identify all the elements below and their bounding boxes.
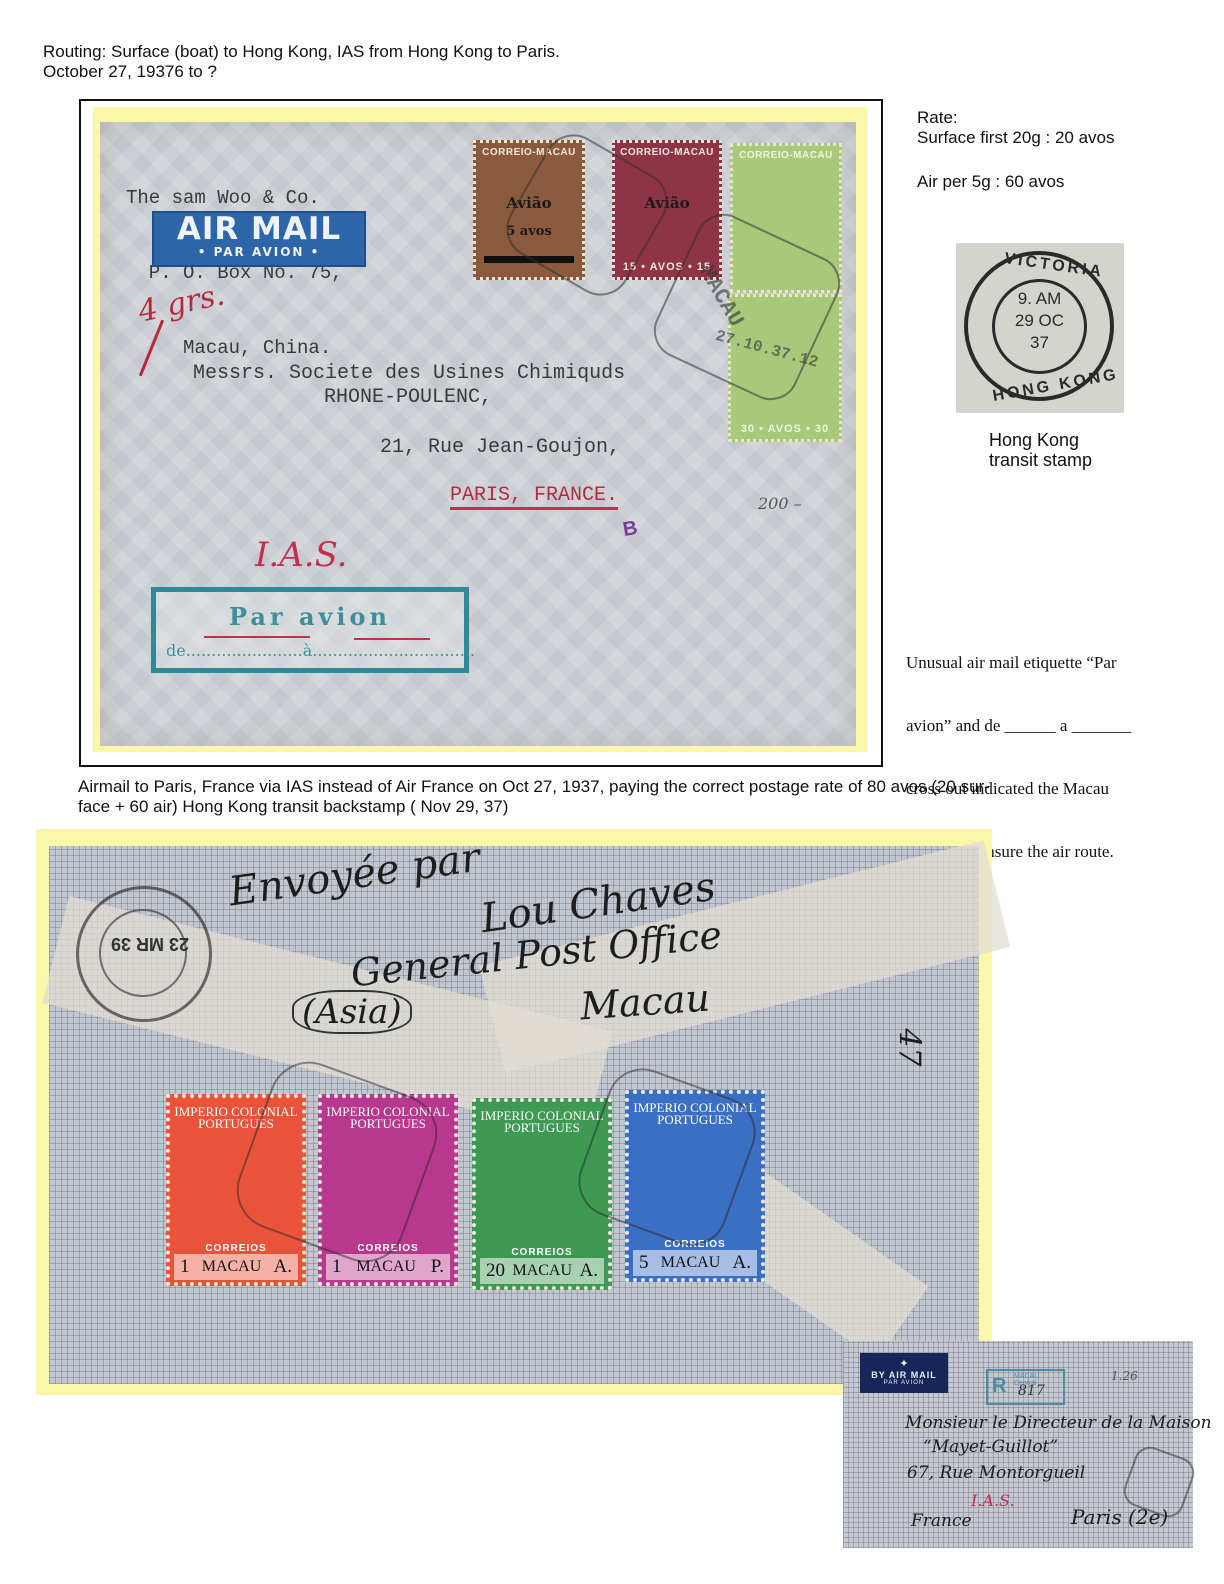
cross-out-a <box>354 638 430 640</box>
registration-label: R MACAU Central 817 <box>986 1369 1065 1405</box>
postmark-text: MACAU <box>694 262 749 332</box>
caption-line: Airmail to Paris, France via IAS instead… <box>78 777 990 797</box>
hk-stamp-caption: Hong Kong transit stamp <box>989 430 1092 470</box>
sender-line: The sam Woo & Co. <box>126 186 343 211</box>
back-postmark: 23 MR 39 <box>76 886 212 1022</box>
par-avion-form: de.......................à..............… <box>166 641 475 660</box>
stamp-unit: A. <box>733 1252 751 1274</box>
inset-note: 1.26 <box>1111 1369 1138 1383</box>
par-avion-text: PAR AVION <box>860 1380 948 1386</box>
addressee-line-1: Messrs. Societe des Usines Chimiquds <box>193 361 625 387</box>
sender-line: Macau, China. <box>126 336 343 361</box>
cds-time: 9. AM <box>995 288 1084 310</box>
back-postmark-date: 23 MR 39 <box>111 933 189 954</box>
middle-caption: Airmail to Paris, France via IAS instead… <box>78 777 990 817</box>
stamp-unit: A. <box>274 1256 292 1278</box>
hong-kong-transit-stamp-image: VICTORIA HONG KONG 9. AM 29 OC 37 <box>956 243 1124 413</box>
cds-inner-ring: 9. AM 29 OC 37 <box>992 279 1087 374</box>
inset-cover: ✦ BY AIR MAIL PAR AVION R MACAU Central … <box>843 1341 1193 1548</box>
stamp-unit: A. <box>580 1260 598 1282</box>
stamp-header: CORREIO-MACAU <box>615 147 719 158</box>
stamp-value: 1 <box>332 1256 342 1278</box>
inset-address-line: “Mayet-Guillot” <box>923 1437 1058 1457</box>
by-air-mail-text: BY AIR MAIL <box>860 1370 948 1380</box>
stamp-label: CORREIOS <box>170 1243 302 1254</box>
inset-address-line: France <box>911 1511 972 1531</box>
registration-number: 817 <box>1018 1383 1045 1399</box>
routing-line: Routing: Surface (boat) to Hong Kong, IA… <box>43 42 560 62</box>
ias-handstamp: I.A.S. <box>255 535 348 575</box>
inset-ias-mark: I.A.S. <box>971 1491 1015 1510</box>
stamp-place: MACAU <box>202 1258 262 1276</box>
inset-address-line: 67, Rue Montorgueil <box>907 1463 1085 1483</box>
note-line: Unusual air mail etiquette “Par <box>906 652 1131 673</box>
stamp-unit: P. <box>431 1256 444 1278</box>
postmark-date: 27.10.37.12 <box>713 327 820 372</box>
par-avion-etiquette: Par avion de.......................à....… <box>151 587 469 673</box>
routing-caption: Routing: Surface (boat) to Hong Kong, IA… <box>43 42 560 82</box>
addressee-line-2: RHONE-POULENC, <box>324 386 492 409</box>
rate-title: Rate: <box>917 108 1115 128</box>
rate-box: Rate: Surface first 20g : 20 avos Air pe… <box>917 108 1115 192</box>
handwriting-line: Macau <box>579 976 712 1029</box>
stamp-place: MACAU <box>661 1254 721 1272</box>
by-air-mail-label: ✦ BY AIR MAIL PAR AVION <box>860 1353 948 1393</box>
stamp-label: CORREIOS <box>476 1247 608 1258</box>
airmail-label-main: AIR MAIL <box>154 213 364 245</box>
stamp-header: IMPERIO COLONIAL PORTUGUES <box>476 1110 608 1134</box>
inset-address-line: Monsieur le Directeur de la Maison <box>905 1413 1212 1433</box>
rate-surface: Surface first 20g : 20 avos <box>917 128 1115 148</box>
cross-out-de <box>204 636 310 638</box>
caption-line: face + 60 air) Hong Kong transit backsta… <box>78 797 990 817</box>
date-line: October 27, 19376 to ? <box>43 62 560 82</box>
cds-date: 29 OC <box>995 310 1084 332</box>
pencil-number: 47 <box>892 1028 927 1066</box>
par-avion-title: Par avion <box>156 602 464 631</box>
airmail-etiquette: AIR MAIL • PAR AVION • <box>152 211 366 267</box>
stamp-header: CORREIO-MACAU <box>733 150 839 161</box>
cds-year: 37 <box>995 332 1084 354</box>
registration-letter: R <box>992 1375 1006 1398</box>
hk-caption-line: transit stamp <box>989 450 1092 470</box>
hk-caption-line: Hong Kong <box>989 430 1092 450</box>
rate-air: Air per 5g : 60 avos <box>917 172 1115 192</box>
stamp-value: 5 <box>639 1252 649 1274</box>
stamp-value: 20 <box>486 1260 505 1282</box>
handwriting-line: (Asia) <box>292 990 412 1034</box>
stamp-value: 30 • AVOS • 30 <box>731 423 839 435</box>
wings-icon: ✦ <box>860 1357 948 1370</box>
stamp-value: 1 <box>180 1256 190 1278</box>
pencil-note: 200 – <box>758 494 802 513</box>
note-line: avion” and de ______ a _______ <box>906 715 1131 736</box>
addressee-line-4: PARIS, FRANCE. <box>450 484 618 510</box>
stamp-place: MACAU <box>512 1262 572 1280</box>
addressee-line-3: 21, Rue Jean-Goujon, <box>380 436 620 459</box>
airmail-label-sub: • PAR AVION • <box>154 245 364 259</box>
